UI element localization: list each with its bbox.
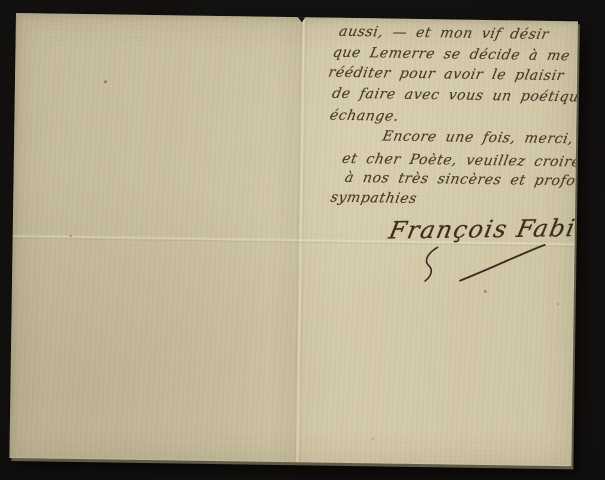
letter-sheet: aussi, — et mon vif désir que Lemerre se… bbox=[9, 13, 578, 466]
paper-speck bbox=[70, 235, 72, 237]
handwritten-line: sympathies bbox=[329, 190, 418, 207]
paper-speck bbox=[104, 80, 107, 83]
paper-speck bbox=[372, 438, 374, 440]
paper-speck bbox=[557, 303, 559, 305]
handwritten-line: échange. bbox=[328, 108, 400, 125]
signature-flourish bbox=[417, 241, 558, 301]
scan-background: aussi, — et mon vif désir que Lemerre se… bbox=[0, 0, 605, 480]
handwritten-line: aussi, — et mon vif désir bbox=[338, 24, 551, 43]
signature: François Fabié bbox=[387, 214, 578, 245]
